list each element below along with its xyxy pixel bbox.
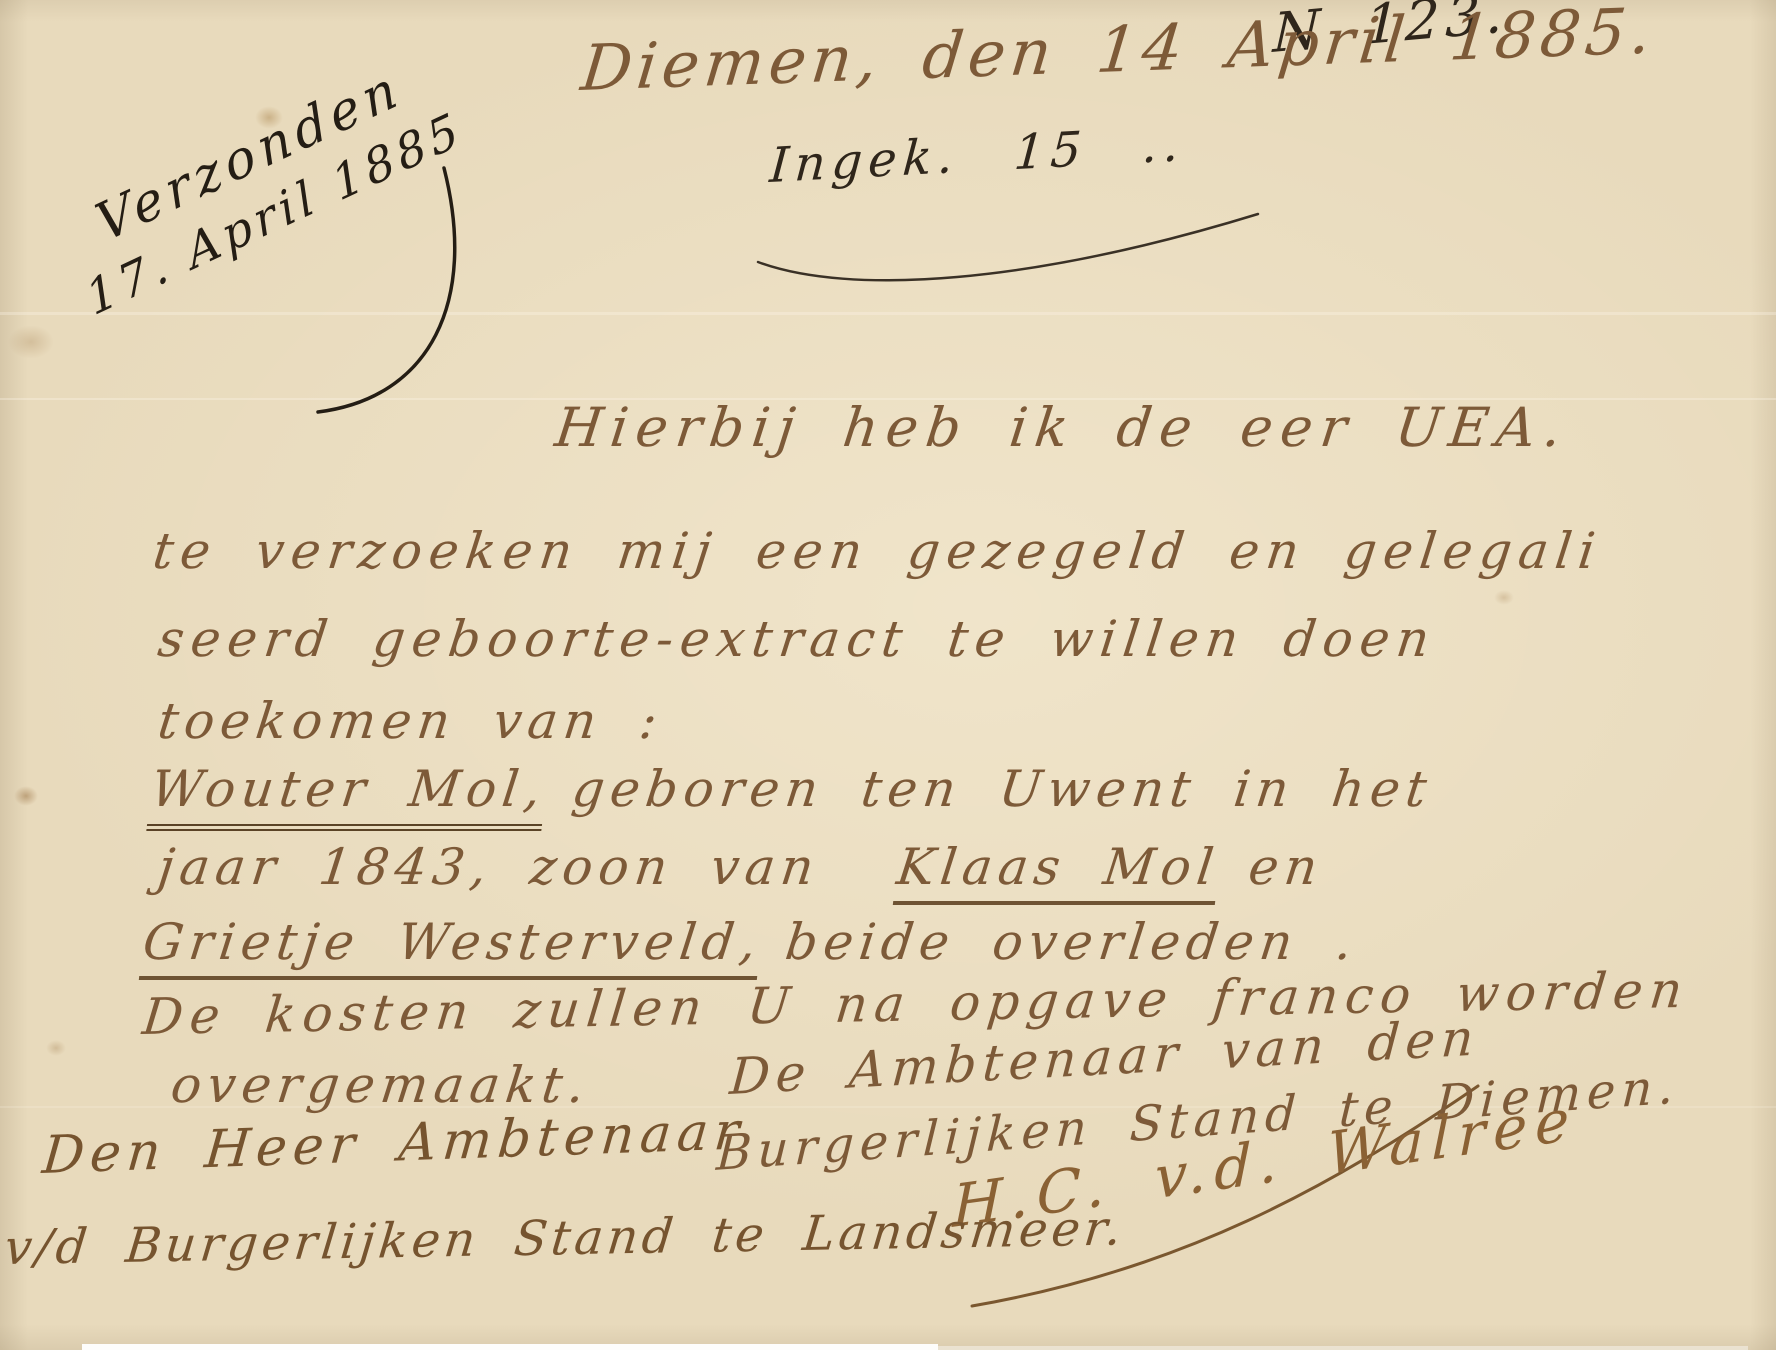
name-wouter-mol: Wouter Mol, (146, 760, 550, 831)
paper-stain (1494, 590, 1514, 605)
dateline: Diemen, den 14 April 1885. (578, 0, 1659, 103)
body-line-7-rest: beide overleden . (782, 913, 1361, 971)
body-line-6-end: en (1246, 838, 1327, 896)
body-line-6-start: jaar 1843, zoon van (155, 838, 823, 896)
body-line-3: seerd geboorte-extract te willen doen (155, 612, 1439, 667)
paper-stain (14, 786, 38, 806)
name-klaas-mol: Klaas Mol (893, 838, 1223, 905)
addressee-line-1: Den Heer Ambtenaar (40, 1103, 748, 1185)
body-line-5: Wouter Mol,geboren ten Uwent in het (148, 762, 1435, 817)
body-line-5-rest: geboren ten Uwent in het (569, 760, 1436, 818)
received-note: Ingek. 15 .. (768, 118, 1187, 193)
body-line-1: Hierbij heb ik de eer UEA. (552, 398, 1572, 457)
body-line-2: te verzoeken mij een gezegeld en gelegal… (150, 524, 1605, 579)
scan-edge-artifact (82, 1344, 938, 1350)
body-line-6: jaar 1843, zoon vanKlaas Molen (155, 840, 1326, 895)
paper-stain (8, 325, 54, 359)
received-note-flourish (758, 214, 1258, 280)
letter-page: N 123. Diemen, den 14 April 1885. Ingek.… (0, 0, 1776, 1350)
paper-stain (46, 1040, 66, 1056)
body-line-4: toekomen van : (155, 694, 666, 749)
fold-line (0, 312, 1776, 315)
scan-edge-artifact (938, 1346, 1748, 1350)
name-grietje-westerveld: Grietje Westerveld, (139, 913, 766, 980)
body-line-7: Grietje Westerveld,beide overleden . (140, 915, 1361, 970)
sent-note: Verzonden 17. April 1885 (58, 38, 470, 327)
body-line-9: overgemaakt. (168, 1058, 594, 1113)
addressee-line-2: v/d Burgerlijken Stand te Landsmeer. (2, 1202, 1128, 1274)
